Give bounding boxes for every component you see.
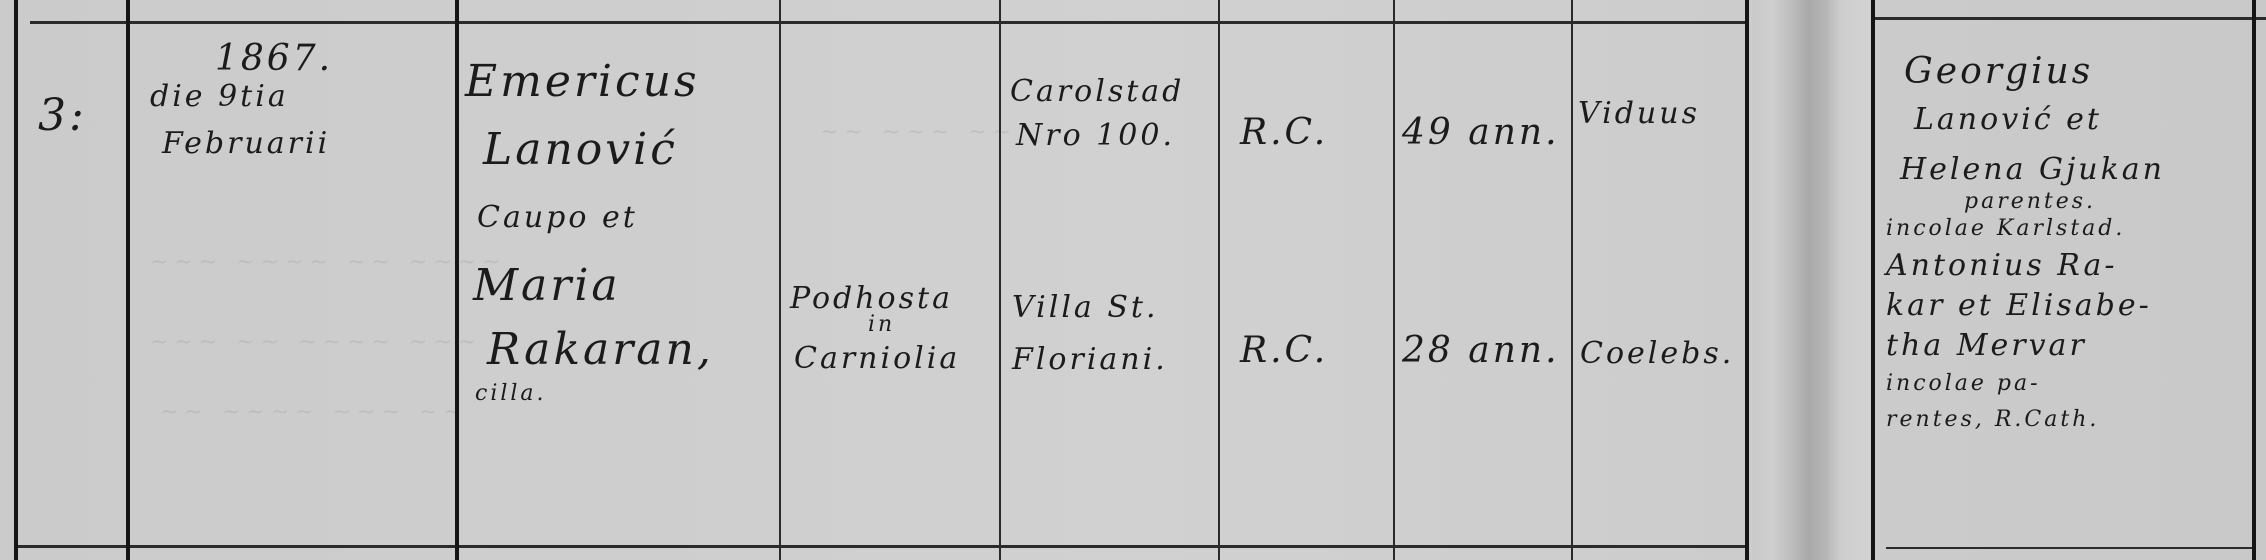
groom-age: 49 ann. — [1402, 112, 1560, 153]
groom-residence: Carolstad Nro 100. — [1010, 70, 1184, 158]
couple-names: Emericus Lanović Caupo et Maria Rakaran,… — [465, 48, 714, 428]
row-bottom-rule — [18, 545, 1748, 548]
column-rule — [999, 0, 1001, 560]
bleed-through-text: ~~~ ~~ ~~~~ ~~~ — [150, 330, 482, 355]
column-rule — [1745, 0, 1749, 560]
column-rule — [1218, 0, 1220, 560]
entry-number: 3: — [38, 90, 87, 141]
row-top-rule-right — [1874, 17, 2266, 20]
parents-line: incolae Karlstad. — [1886, 216, 2165, 242]
bride-marital-status: Coelebs. — [1580, 336, 1734, 371]
column-rule — [779, 0, 781, 560]
parents-line: rentes, R.Cath. — [1886, 402, 2165, 438]
column-rule — [1571, 0, 1573, 560]
column-rule — [126, 0, 130, 560]
groom-marital-status: Viduus — [1578, 96, 1700, 131]
parents-line: Lanović et — [1914, 100, 2165, 140]
column-rule — [1871, 0, 1875, 560]
column-rule — [1393, 0, 1395, 560]
bride-first-name: Maria — [473, 252, 714, 320]
groom-religion: R.C. — [1240, 112, 1328, 153]
parents-line: kar et Elisabe- — [1886, 286, 2165, 326]
origin: Podhosta in Carniolia — [790, 282, 960, 376]
bride-residence: Villa St. Floriani. — [1012, 282, 1168, 386]
bride-age: 28 ann. — [1402, 330, 1560, 371]
bride-residence-village: Villa St. — [1012, 282, 1168, 334]
groom-first-name: Emericus — [465, 48, 714, 116]
parents-line: Georgius — [1904, 52, 2165, 92]
register-page: ~~~ ~~~~ ~~ ~~~~ ~~~ ~~ ~~~~ ~~~ ~~ ~~~~… — [0, 0, 2266, 560]
bleed-through-text: ~~ ~~~ ~~ — [820, 120, 1017, 145]
column-rule — [2252, 0, 2256, 560]
date-month: Februarii — [162, 126, 333, 161]
parents-line: incolae pa- — [1886, 366, 2165, 402]
origin-region: Carniolia — [794, 342, 960, 376]
parents-line: Antonius Ra- — [1886, 246, 2165, 286]
parents-line: tha Mervar — [1886, 326, 2165, 366]
column-rule — [14, 0, 18, 560]
parents-line: parentes. — [1964, 188, 2165, 216]
row-top-rule — [30, 21, 1748, 24]
row-bottom-rule-right — [1886, 547, 2256, 549]
groom-residence-house-number: Nro 100. — [1016, 114, 1184, 158]
groom-surname: Lanović — [483, 116, 714, 184]
bride-religion: R.C. — [1240, 330, 1328, 371]
entry-date: 1867. die 9tia Februarii — [150, 38, 333, 161]
date-day: die 9tia — [150, 79, 333, 114]
column-rule — [455, 0, 459, 560]
bleed-through-text: ~~~ ~~~~ ~~ ~~~~ — [150, 250, 507, 275]
bride-residence-parish: Floriani. — [1012, 334, 1168, 386]
binding-gutter — [1752, 0, 1870, 560]
groom-residence-town: Carolstad — [1010, 70, 1184, 114]
groom-occupation: Caupo et — [477, 184, 714, 252]
parents-line: Helena Gjukan — [1900, 150, 2165, 190]
parents-block: Georgius Lanović et Helena Gjukan parent… — [1886, 52, 2165, 438]
bleed-through-text: ~~ ~~~~ ~~~ ~~ — [160, 400, 468, 425]
date-year: 1867. — [215, 38, 333, 79]
